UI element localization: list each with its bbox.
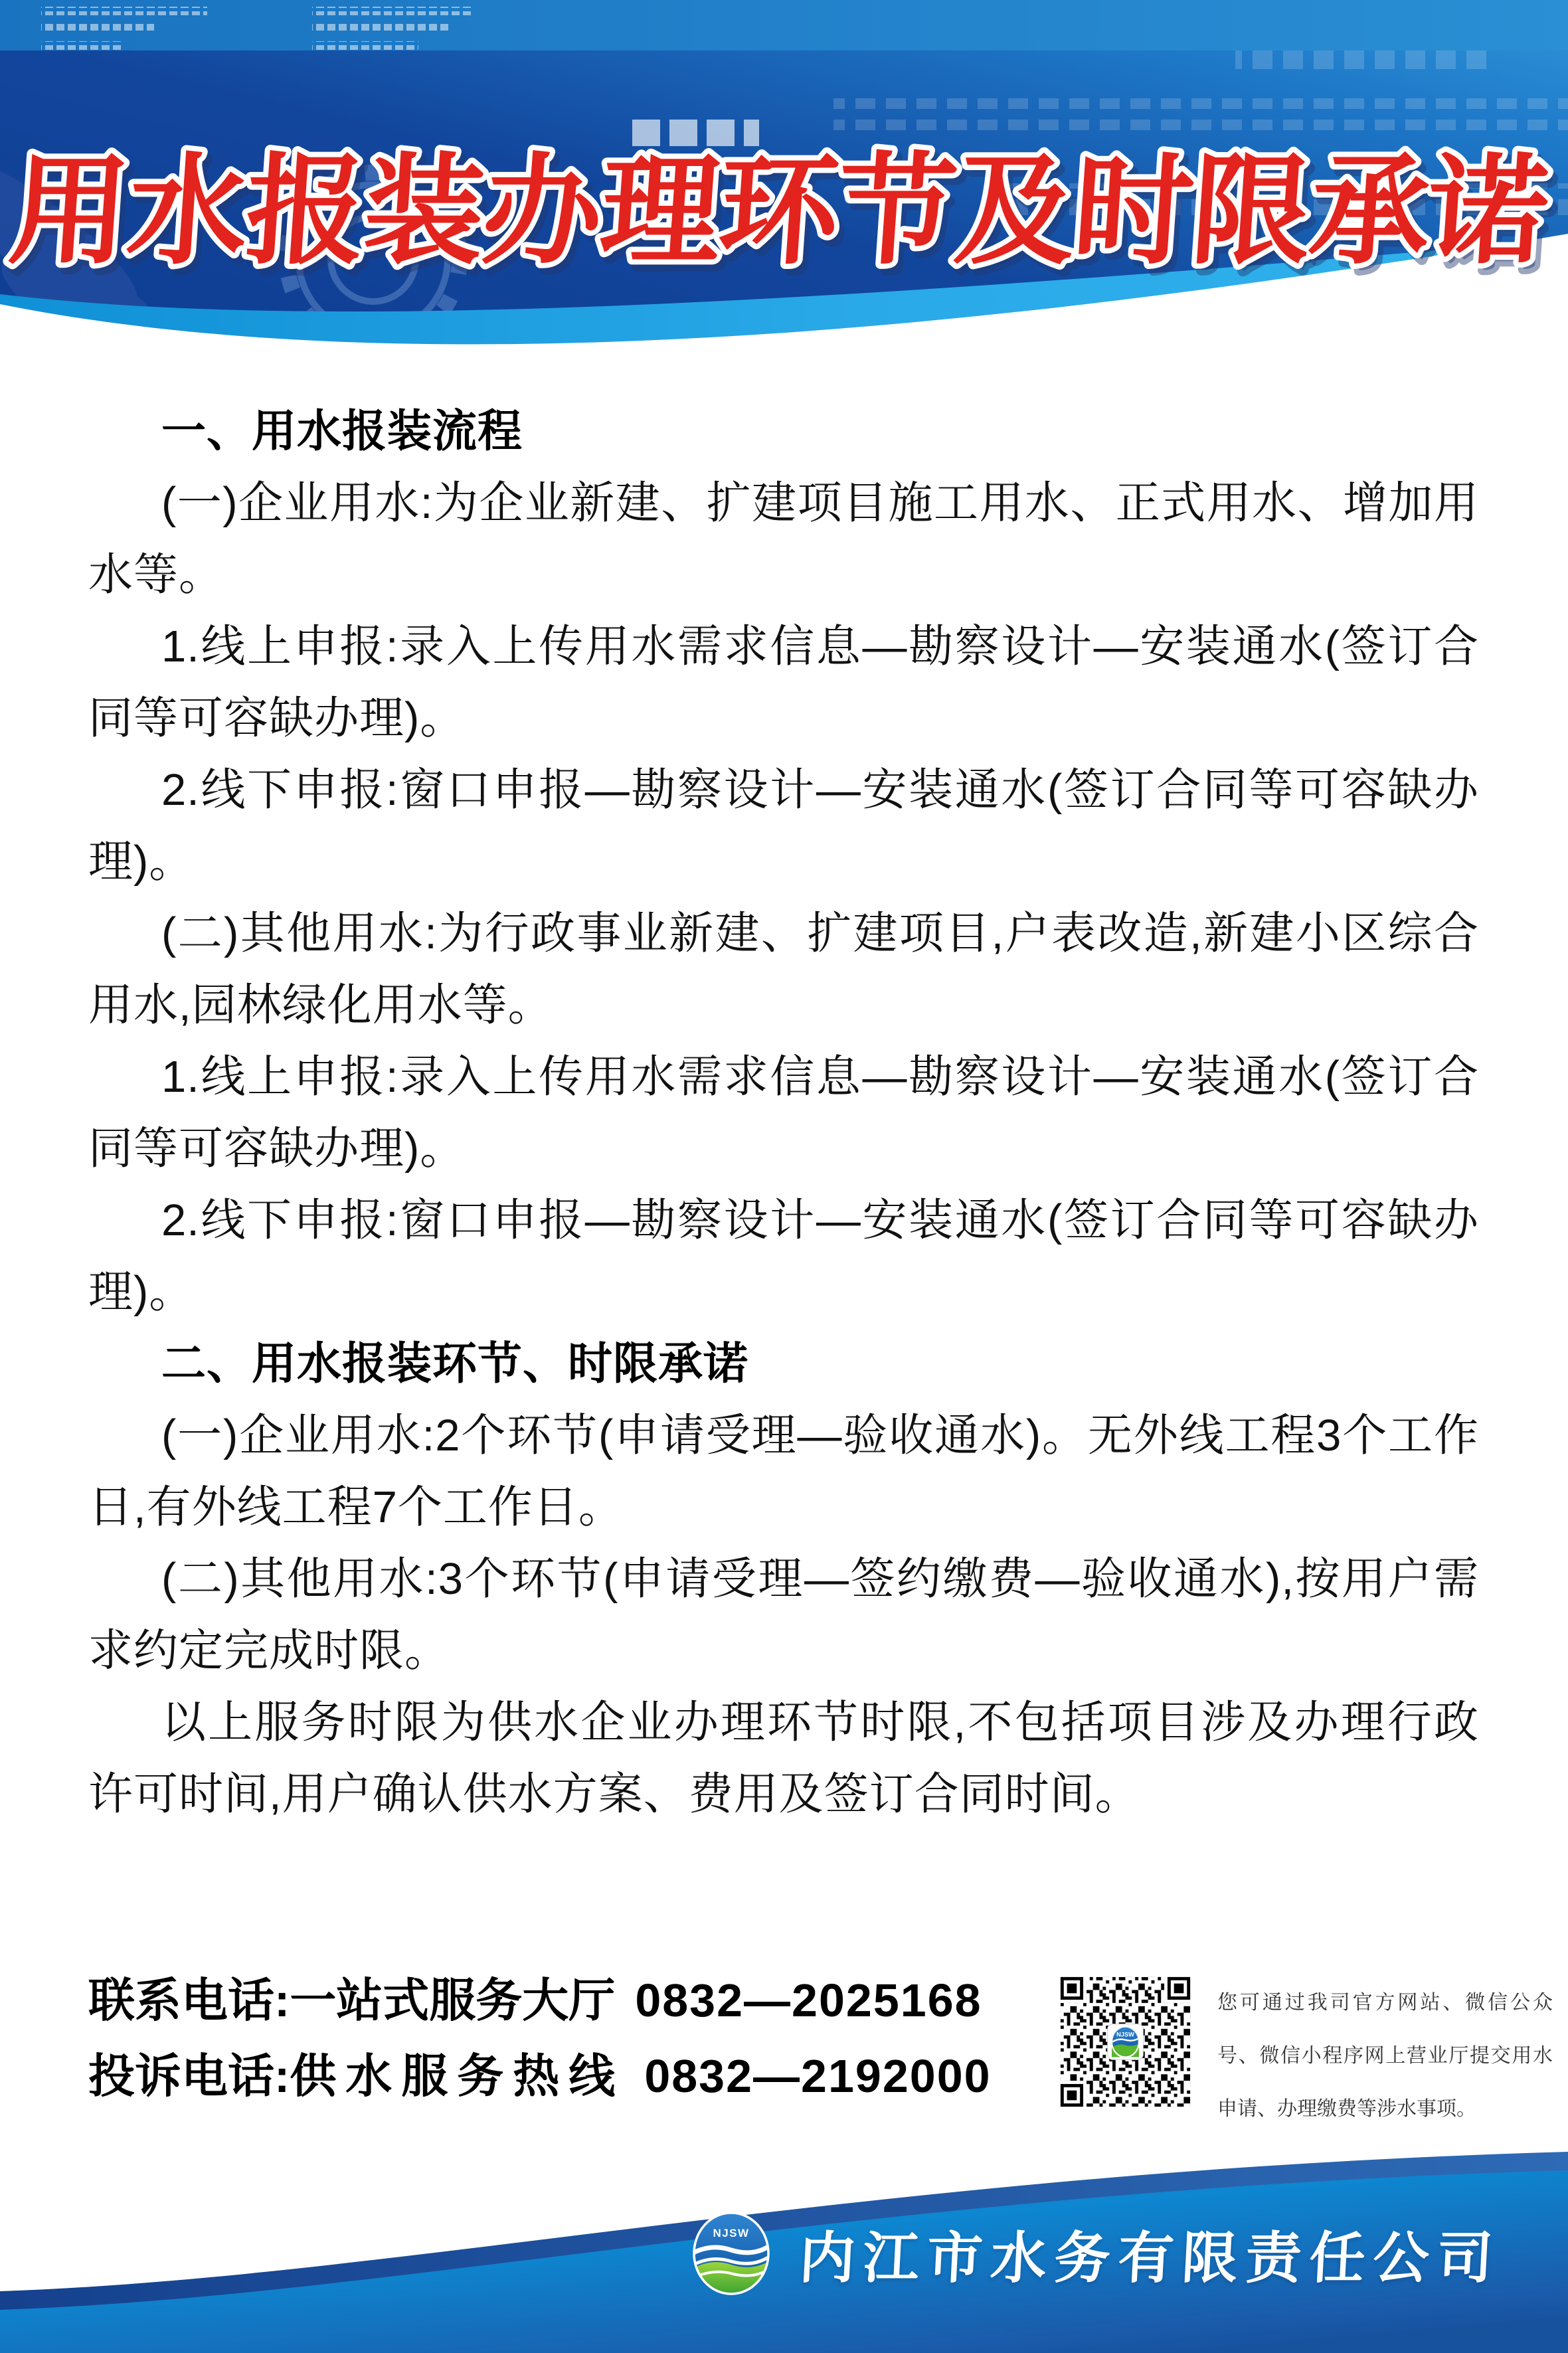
contact-label: 投诉电话: — [88, 2050, 290, 2102]
contact-place: 一站式服务大厅 — [290, 1974, 615, 2026]
header-banner: 用水报装办理环节及时限承诺 用水报装办理环节及时限承诺 — [0, 0, 1568, 379]
body-paragraph: 2.线下申报:窗口申报—勘察设计—安装通水(签订合同等可容缺办理)。 — [88, 1185, 1479, 1328]
company-name: 内江市水务有限责任公司 — [798, 2214, 1503, 2294]
contact-block: 联系电话:一站式服务大厅0832—2025168 投诉电话:供水服务热线0832… — [88, 1970, 992, 2121]
body-paragraph: 1.线上申报:录入上传用水需求信息—勘察设计—安装通水(签订合同等可容缺办理)。 — [88, 1041, 1479, 1185]
contact-line-service: 联系电话:一站式服务大厅0832—2025168 — [88, 1970, 992, 2031]
header-top-strip — [0, 0, 1568, 50]
poster-title: 用水报装办理环节及时限承诺 用水报装办理环节及时限承诺 — [5, 145, 1557, 285]
svg-text:NJSW: NJSW — [1116, 2032, 1134, 2038]
poster-title-text: 用水报装办理环节及时限承诺 — [5, 145, 1552, 278]
poster-page: 用水报装办理环节及时限承诺 用水报装办理环节及时限承诺 一、用水报装流程 (一)… — [0, 0, 1568, 2353]
footer-brand: NJSW 内江市水务有限责任公司 — [692, 2212, 1501, 2295]
company-logo-icon: NJSW — [692, 2212, 770, 2295]
contact-number: 0832—2025168 — [635, 1974, 982, 2026]
body-paragraph: (二)其他用水:3个环节(申请受理—签约缴费—验收通水),按用户需求约定完成时限… — [88, 1543, 1479, 1687]
body-paragraph: 2.线下申报:窗口申报—勘察设计—安装通水(签订合同等可容缺办理)。 — [88, 754, 1479, 898]
qr-center-logo: NJSW — [1108, 2024, 1144, 2060]
contact-place: 供水服务热线 — [290, 2050, 624, 2102]
qr-code: NJSW — [1057, 1974, 1193, 2110]
svg-text:NJSW: NJSW — [713, 2227, 749, 2239]
header-square-group — [623, 113, 759, 146]
section-heading: 二、用水报装环节、时限承诺 — [88, 1328, 1479, 1400]
body-paragraph: (一)企业用水:2个环节(申请受理—验收通水)。无外线工程3个工作日,有外线工程… — [88, 1400, 1479, 1543]
contact-label: 联系电话: — [88, 1974, 290, 2026]
section-heading: 一、用水报装流程 — [88, 396, 1479, 468]
body-paragraph: 1.线上申报:录入上传用水需求信息—勘察设计—安装通水(签订合同等可容缺办理)。 — [88, 611, 1479, 754]
contact-number: 0832—2192000 — [644, 2050, 991, 2102]
qr-section: NJSW 您可通过我司官方网站、微信公众号、微信小程序网上营业厅提交用水申请、办… — [1057, 1974, 1553, 2136]
content-area: 一、用水报装流程 (一)企业用水:为企业新建、扩建项目施工用水、正式用水、增加用… — [88, 396, 1479, 1830]
body-paragraph: (二)其他用水:为行政事业新建、扩建项目,户表改造,新建小区综合用水,园林绿化用… — [88, 898, 1479, 1041]
qr-note: 您可通过我司官方网站、微信公众号、微信小程序网上营业厅提交用水申请、办理缴费等涉… — [1217, 1974, 1553, 2136]
contact-line-complaint: 投诉电话:供水服务热线0832—2192000 — [88, 2046, 992, 2107]
body-paragraph: 以上服务时限为供水企业办理环节时限,不包括项目涉及办理行政许可时间,用户确认供水… — [88, 1687, 1479, 1830]
body-paragraph: (一)企业用水:为企业新建、扩建项目施工用水、正式用水、增加用水等。 — [88, 468, 1479, 611]
